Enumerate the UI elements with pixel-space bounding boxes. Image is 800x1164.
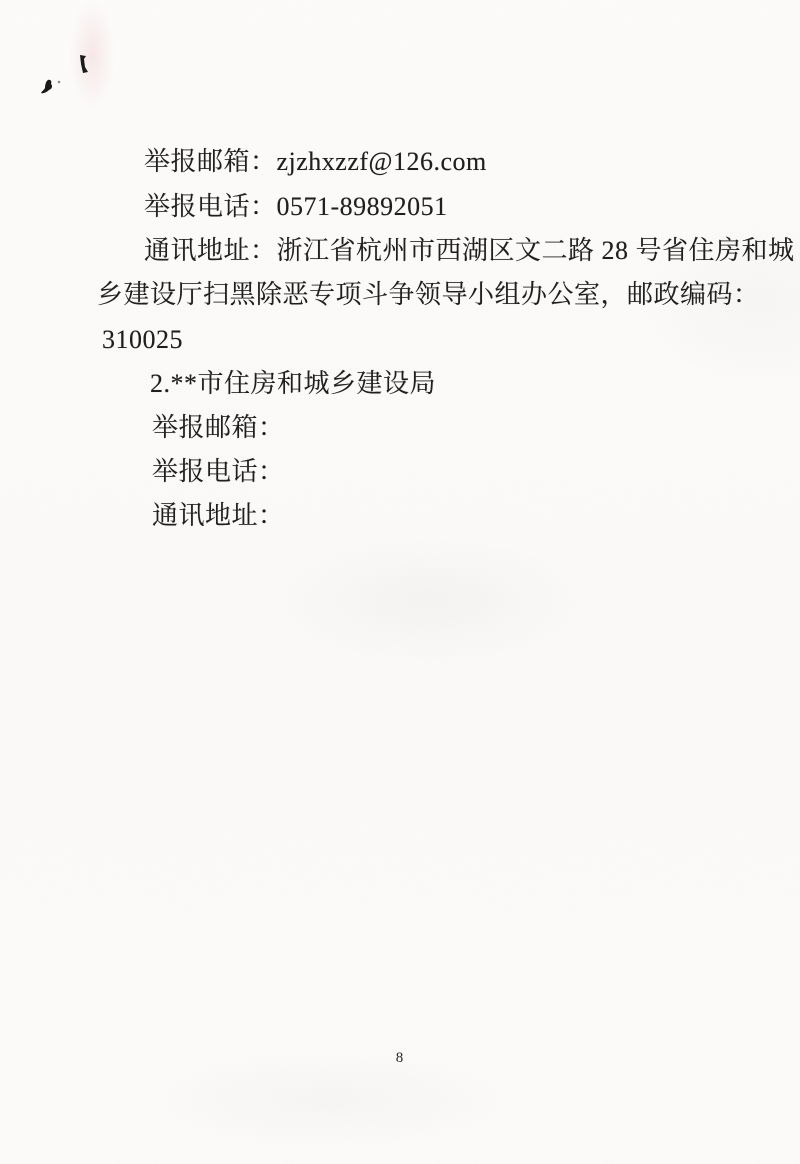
text-line-report-email-2: 举报邮箱：	[152, 412, 285, 444]
text-line-report-phone-2: 举报电话：	[152, 456, 285, 488]
text-line-postal-code: 310025	[102, 324, 183, 356]
scanned-document-page: 举报邮箱：zjzhxzzf@126.com 举报电话：0571-89892051…	[0, 0, 800, 1164]
text-line-mail-address-2: 通讯地址：	[152, 500, 285, 532]
text-line-report-phone-1: 举报电话：0571-89892051	[144, 191, 448, 223]
document-body: 举报邮箱：zjzhxzzf@126.com 举报电话：0571-89892051…	[0, 0, 800, 1164]
text-line-report-email-1: 举报邮箱：zjzhxzzf@126.com	[144, 146, 487, 178]
page-number: 8	[380, 1050, 420, 1067]
text-line-mail-address-1-cont: 乡建设厅扫黑除恶专项斗争领导小组办公室，邮政编码：	[97, 279, 760, 311]
text-line-section-2-heading: 2.**市住房和城乡建设局	[150, 368, 436, 400]
text-line-mail-address-1: 通讯地址：浙江省杭州市西湖区文二路 28 号省住房和城	[144, 235, 795, 267]
